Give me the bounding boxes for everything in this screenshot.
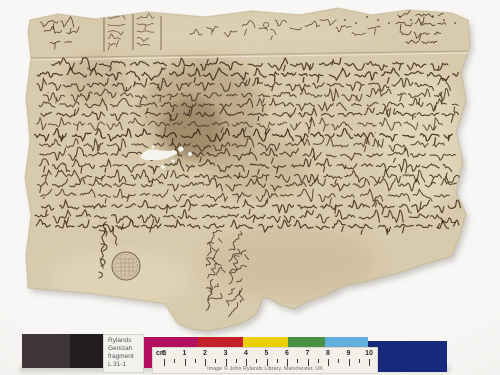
color-patch-dark-blue <box>368 341 447 372</box>
ruler-tick <box>287 359 288 366</box>
wax-seal-stamp <box>112 252 140 280</box>
manuscript-photo <box>0 0 500 375</box>
ruler-tick <box>297 359 298 363</box>
ruler-tick <box>185 359 186 366</box>
ruler-number-5: 5 <box>265 350 269 357</box>
ruler-tick <box>236 359 237 363</box>
ruler-number-9: 9 <box>347 350 351 357</box>
label-line-2: Genizah <box>108 345 143 353</box>
ruler-tick <box>349 359 350 366</box>
ruler-number-0: 0 <box>162 350 166 357</box>
ruler-tick <box>338 359 339 363</box>
ruler-number-3: 3 <box>224 350 228 357</box>
ruler: cm 012345678910 Image © John Rylands Lib… <box>152 347 378 374</box>
ruler-tick <box>174 359 175 363</box>
ruler-tick <box>308 359 309 366</box>
ruler-number-8: 8 <box>326 350 330 357</box>
ruler-tick <box>277 359 278 363</box>
ruler-tick <box>215 359 216 363</box>
ruler-tick <box>205 359 206 366</box>
ruler-tick <box>195 359 196 363</box>
ruler-number-7: 7 <box>306 350 310 357</box>
ruler-tick <box>226 359 227 366</box>
ruler-tick <box>256 359 257 363</box>
ruler-tick <box>164 359 165 366</box>
ruler-number-4: 4 <box>244 350 248 357</box>
photo-stage: Rylands Genizah fragment L 31-1 cm 01234… <box>0 0 500 375</box>
ruler-number-2: 2 <box>203 350 207 357</box>
label-line-1: Rylands <box>108 337 143 345</box>
color-patch-dark-gray <box>22 334 70 368</box>
ruler-tick <box>328 359 329 366</box>
ruler-caption: Image © John Rylands Library, Manchester… <box>153 366 377 372</box>
ruler-number-1: 1 <box>183 350 187 357</box>
label-line-3: fragment <box>108 353 143 361</box>
ruler-tick <box>369 359 370 366</box>
label-line-4: L 31-1 <box>108 361 143 369</box>
ruler-number-6: 6 <box>285 350 289 357</box>
ruler-tick <box>267 359 268 366</box>
ruler-tick <box>246 359 247 366</box>
color-patch-black <box>70 334 104 368</box>
collection-label: Rylands Genizah fragment L 31-1 <box>103 334 144 373</box>
ruler-tick <box>318 359 319 363</box>
ruler-number-10: 10 <box>365 350 373 357</box>
ruler-tick <box>359 359 360 363</box>
